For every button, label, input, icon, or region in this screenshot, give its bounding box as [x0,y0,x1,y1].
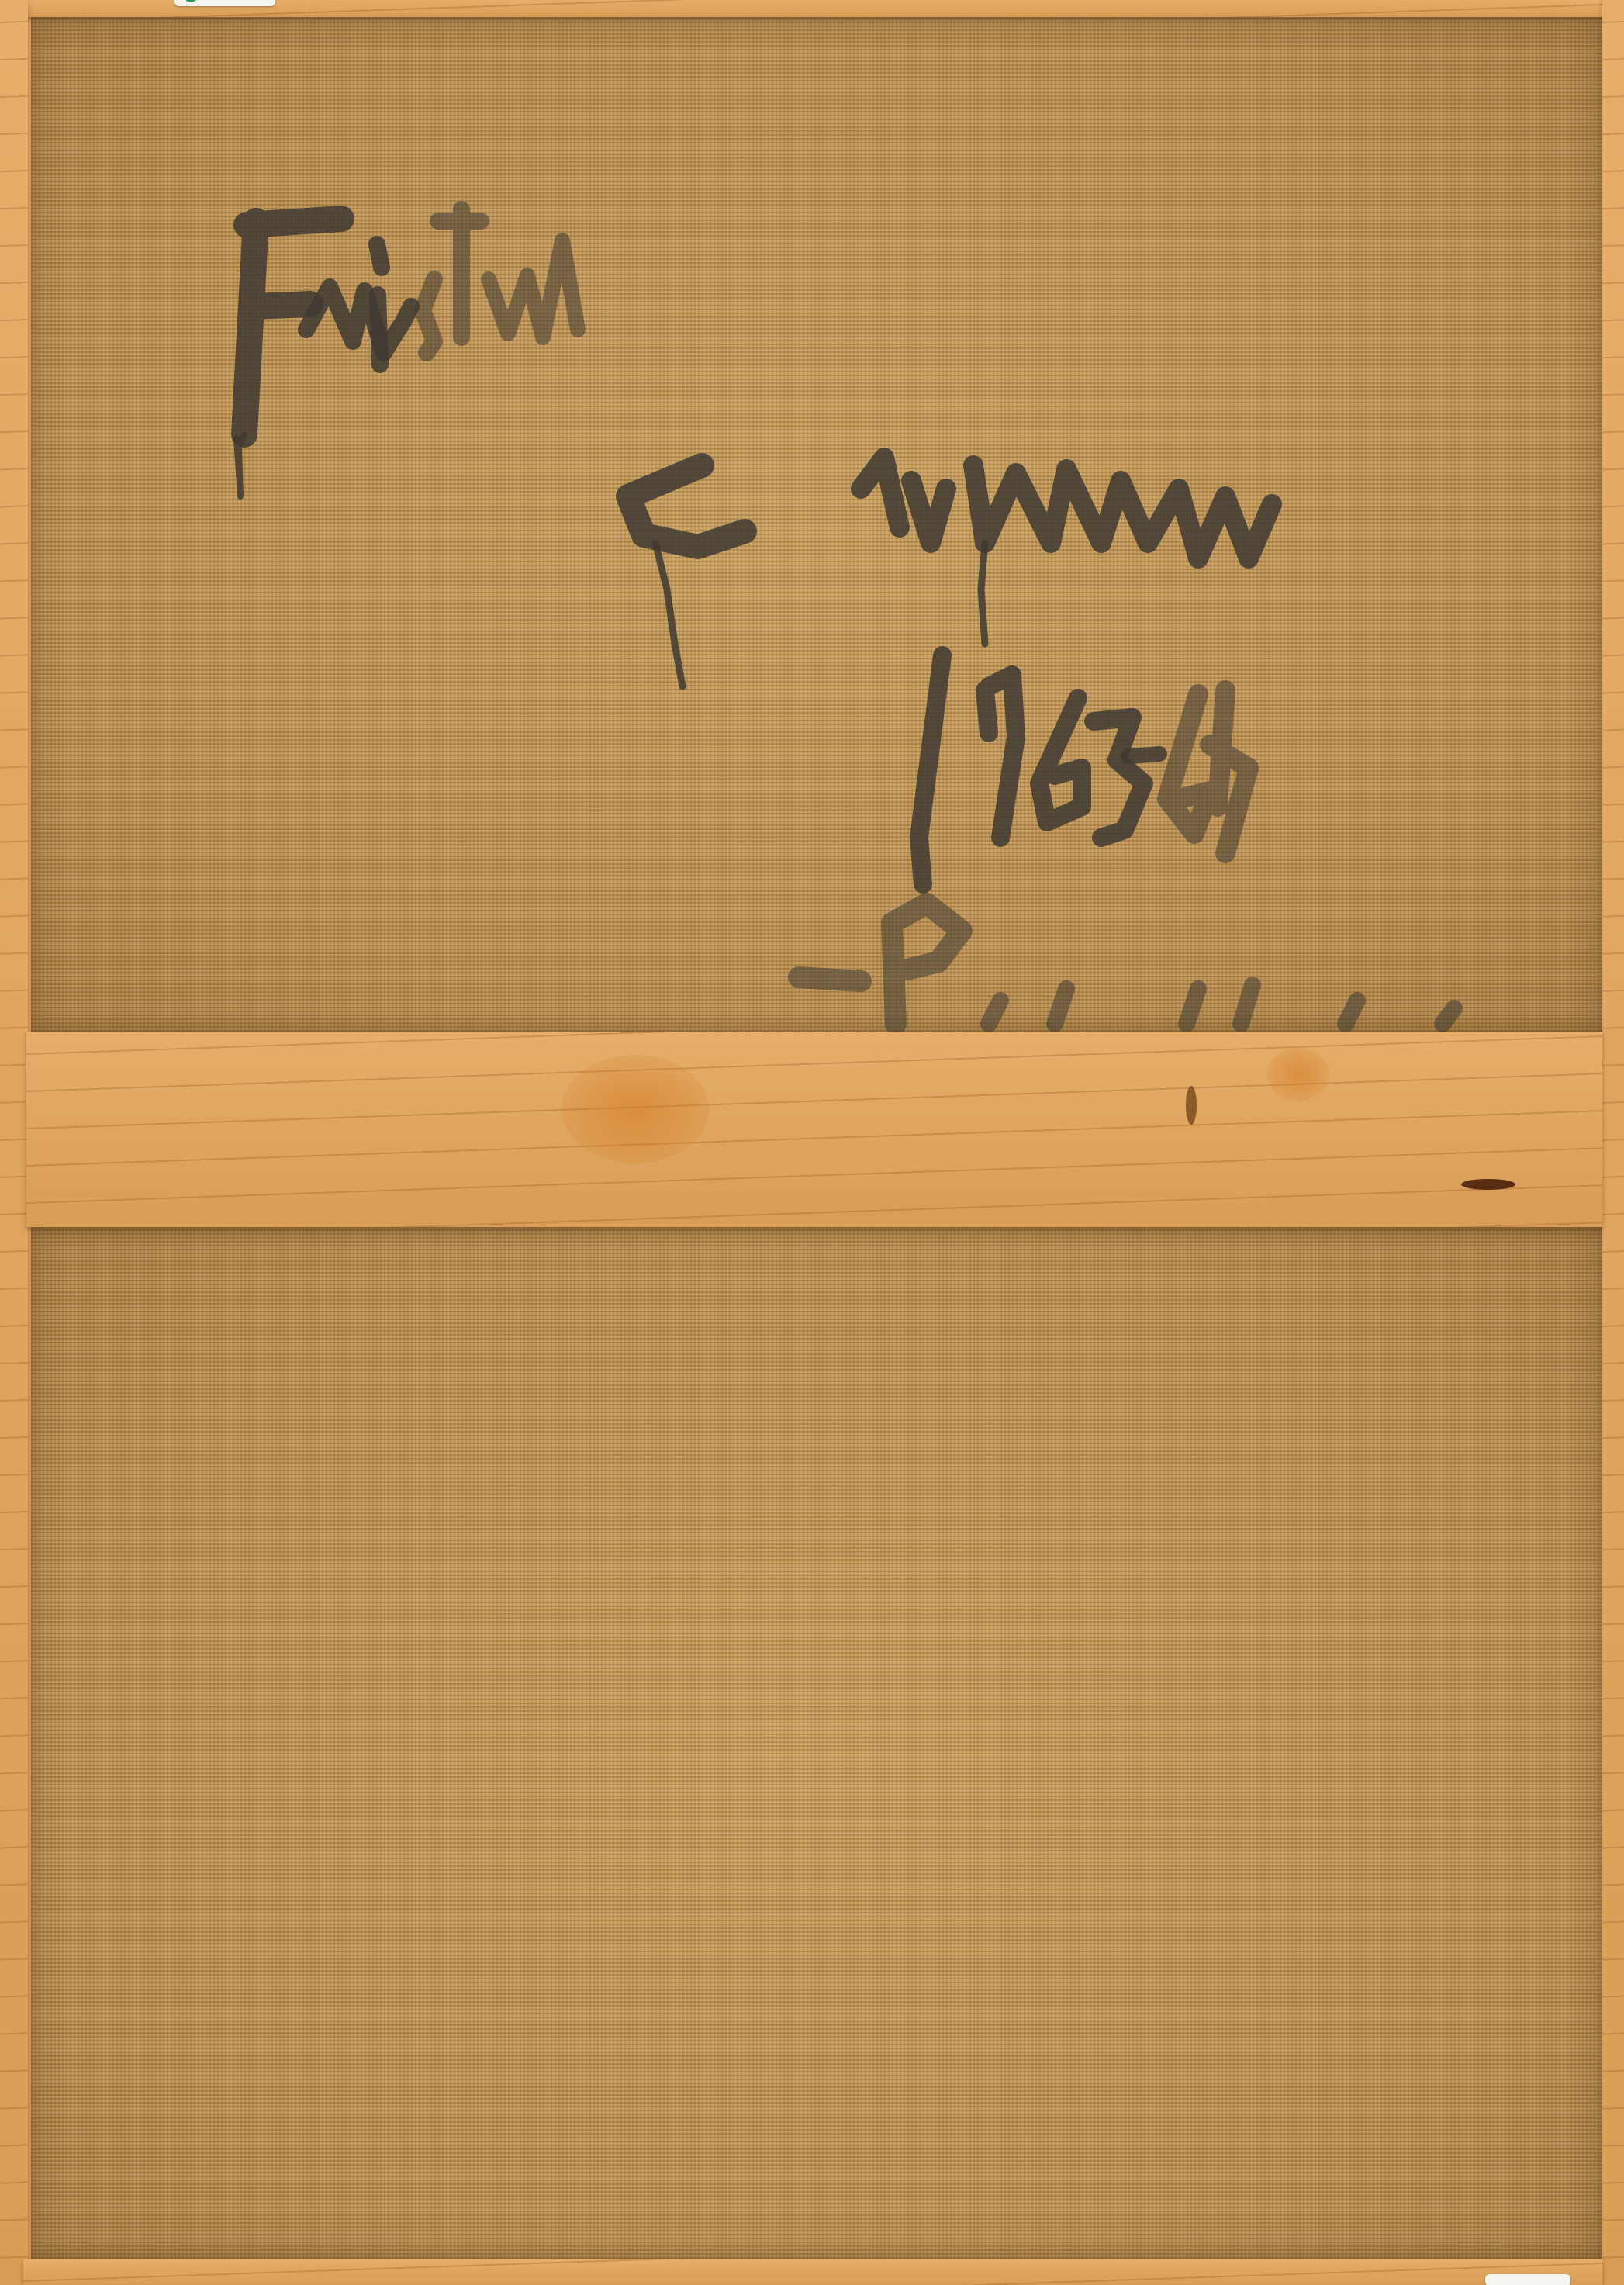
nail-hole [1461,1179,1515,1190]
canvas-upper-panel [31,17,1602,1032]
wood-knot [1186,1086,1197,1125]
stretcher-left-stile [0,0,28,2285]
wood-stain [561,1055,709,1163]
stretcher-top-rail [23,0,1602,17]
wood-stain [1267,1047,1329,1101]
canvas-lower-panel [31,1227,1602,2259]
label-green-mark [185,0,196,2]
stretcher-right-stile [1602,0,1624,2285]
stretcher-bottom-rail [23,2259,1602,2285]
stretcher-cross-bar [26,1032,1602,1227]
inventory-label-bottom [1485,2274,1570,2285]
inventory-label-top [174,0,275,6]
